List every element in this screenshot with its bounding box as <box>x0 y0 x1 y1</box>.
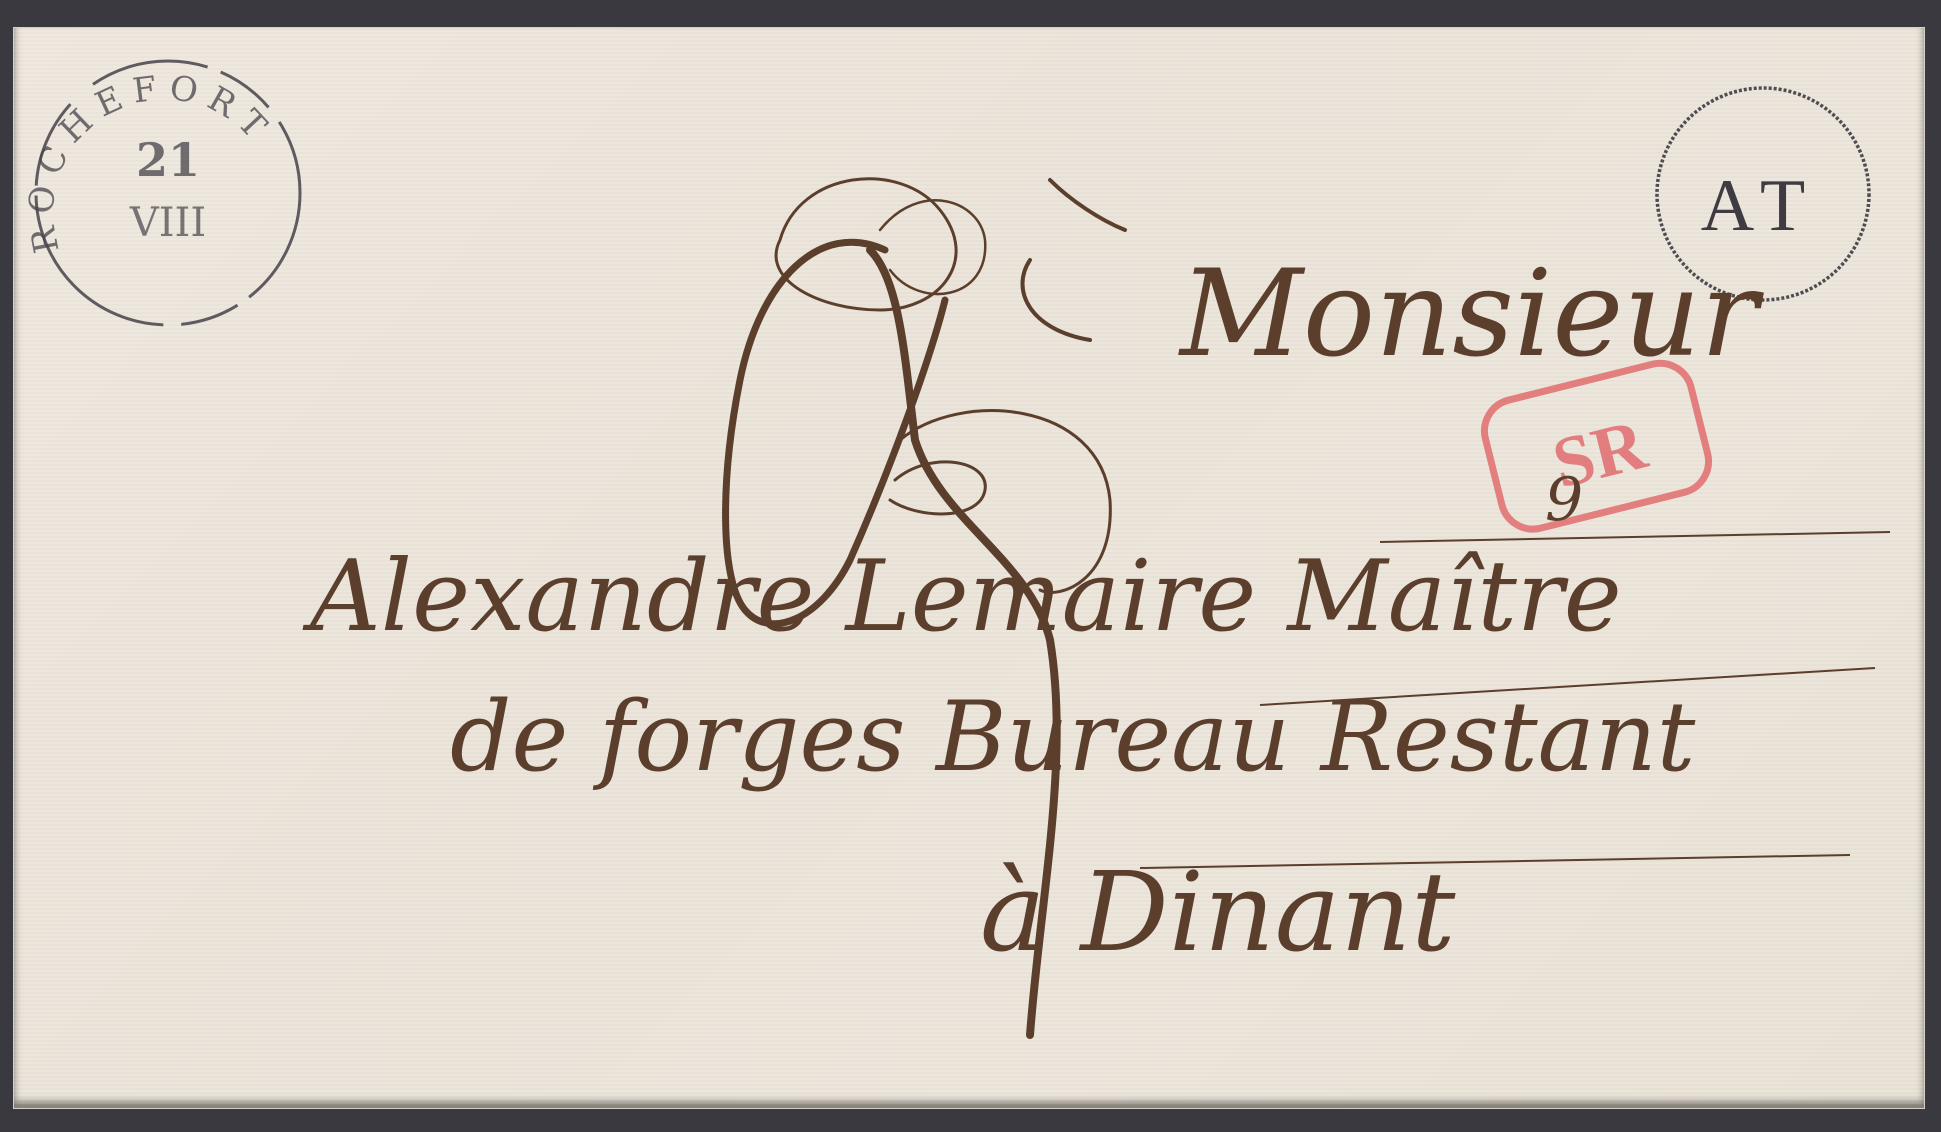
address-line-3: de forges Bureau Restant <box>450 681 1696 793</box>
address-line-1: Monsieur <box>1178 245 1765 384</box>
postmark-day: 21 <box>136 133 200 187</box>
rochefort-postmark: ROCHEFORT 21 VIII <box>21 61 300 325</box>
rate-in-box: 9 <box>1545 465 1583 535</box>
manuscript-address: Monsieur Alexandre Lemaire Maître de for… <box>302 245 1890 976</box>
at-stamp-text: AT <box>1701 165 1819 247</box>
postmark-month: VIII <box>129 200 206 246</box>
address-line-2: Alexandre Lemaire Maître <box>302 540 1622 654</box>
cover-markings: ROCHEFORT 21 VIII AT SR Monsieur Alexand… <box>0 0 1941 1132</box>
